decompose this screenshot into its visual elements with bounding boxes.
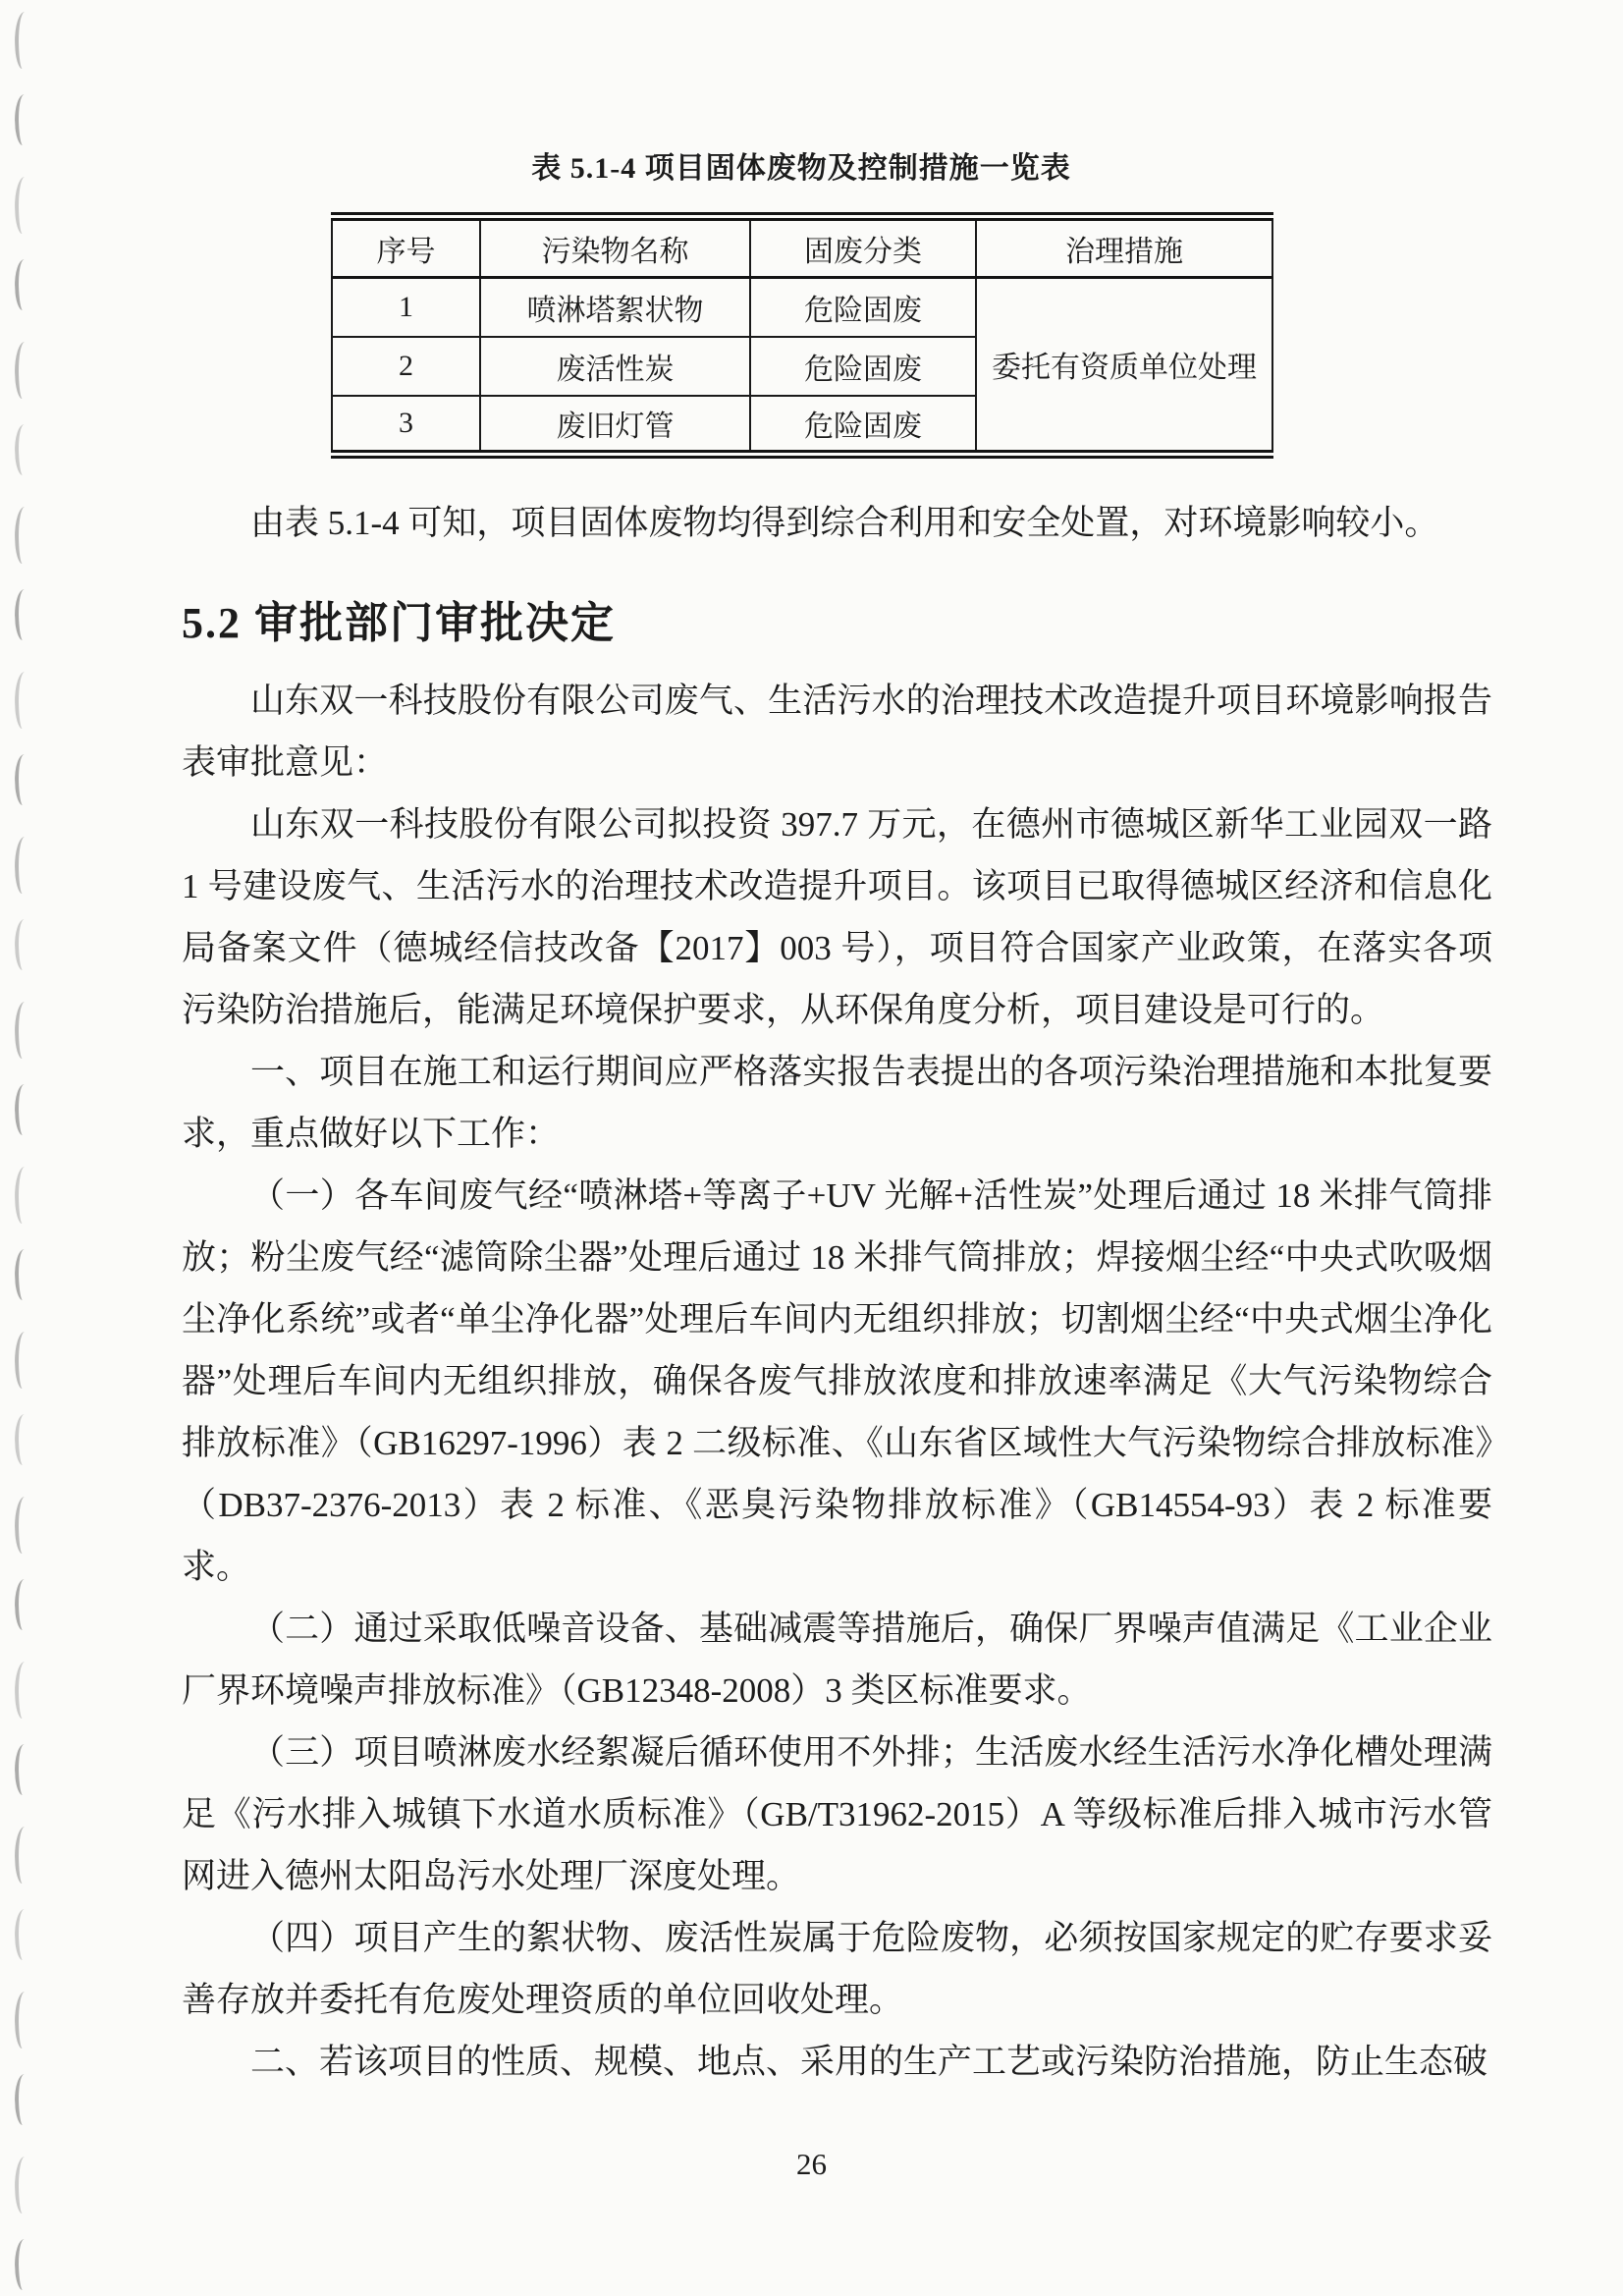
cell-no: 2 <box>332 337 480 396</box>
page-number: 26 <box>0 2147 1623 2182</box>
table-row: 1 喷淋塔絮状物 危险固废 委托有资质单位处理 <box>332 278 1272 337</box>
table-conclusion-text: 由表 5.1-4 可知，项目固体废物均得到综合利用和安全处置，对环境影响较小。 <box>182 492 1492 554</box>
waste-table-block: 表 5.1-4 项目固体废物及控制措施一览表 序号 污染物名称 固废分类 治理措… <box>331 143 1271 459</box>
header-cell-category: 固废分类 <box>750 217 976 278</box>
document-page: 表 5.1-4 项目固体废物及控制措施一览表 序号 污染物名称 固废分类 治理措… <box>0 0 1623 2296</box>
cell-category: 危险固废 <box>750 337 976 396</box>
cell-name: 废旧灯管 <box>480 396 750 455</box>
paragraph: （四）项目产生的絮状物、废活性炭属于危险废物，必须按国家规定的贮存要求妥善存放并… <box>182 1907 1492 2031</box>
solid-waste-table: 序号 污染物名称 固废分类 治理措施 1 喷淋塔絮状物 危险固废 委托有资质单位… <box>331 212 1273 459</box>
cell-category: 危险固废 <box>750 396 976 455</box>
cell-name: 喷淋塔絮状物 <box>480 278 750 337</box>
paragraph: 二、若该项目的性质、规模、地点、采用的生产工艺或污染防治措施，防止生态破 <box>182 2031 1492 2093</box>
cell-no: 1 <box>332 278 480 337</box>
paragraph: 山东双一科技股份有限公司拟投资 397.7 万元，在德州市德城区新华工业园双一路… <box>182 793 1492 1041</box>
cell-name: 废活性炭 <box>480 337 750 396</box>
table-header-row: 序号 污染物名称 固废分类 治理措施 <box>332 217 1272 278</box>
cell-no: 3 <box>332 396 480 455</box>
paragraph: （一）各车间废气经“喷淋塔+等离子+UV 光解+活性炭”处理后通过 18 米排气… <box>182 1165 1492 1598</box>
header-cell-name: 污染物名称 <box>480 217 750 278</box>
paragraph: 一、项目在施工和运行期间应严格落实报告表提出的各项污染治理措施和本批复要求，重点… <box>182 1041 1492 1165</box>
page-content: 表 5.1-4 项目固体废物及控制措施一览表 序号 污染物名称 固废分类 治理措… <box>0 0 1623 2093</box>
cell-measure-merged: 委托有资质单位处理 <box>976 278 1272 455</box>
paragraph: （三）项目喷淋废水经絮凝后循环使用不外排；生活废水经生活污水净化槽处理满足《污水… <box>182 1722 1492 1907</box>
section-heading: 5.2 审批部门审批决定 <box>182 587 1492 650</box>
header-cell-no: 序号 <box>332 217 480 278</box>
paragraph: （二）通过采取低噪音设备、基础减震等措施后，确保厂界噪声值满足《工业企业厂界环境… <box>182 1598 1492 1722</box>
table-title: 表 5.1-4 项目固体废物及控制措施一览表 <box>331 143 1271 187</box>
paragraph: 山东双一科技股份有限公司废气、生活污水的治理技术改造提升项目环境影响报告表审批意… <box>182 670 1492 793</box>
cell-category: 危险固废 <box>750 278 976 337</box>
header-cell-measure: 治理措施 <box>976 217 1272 278</box>
